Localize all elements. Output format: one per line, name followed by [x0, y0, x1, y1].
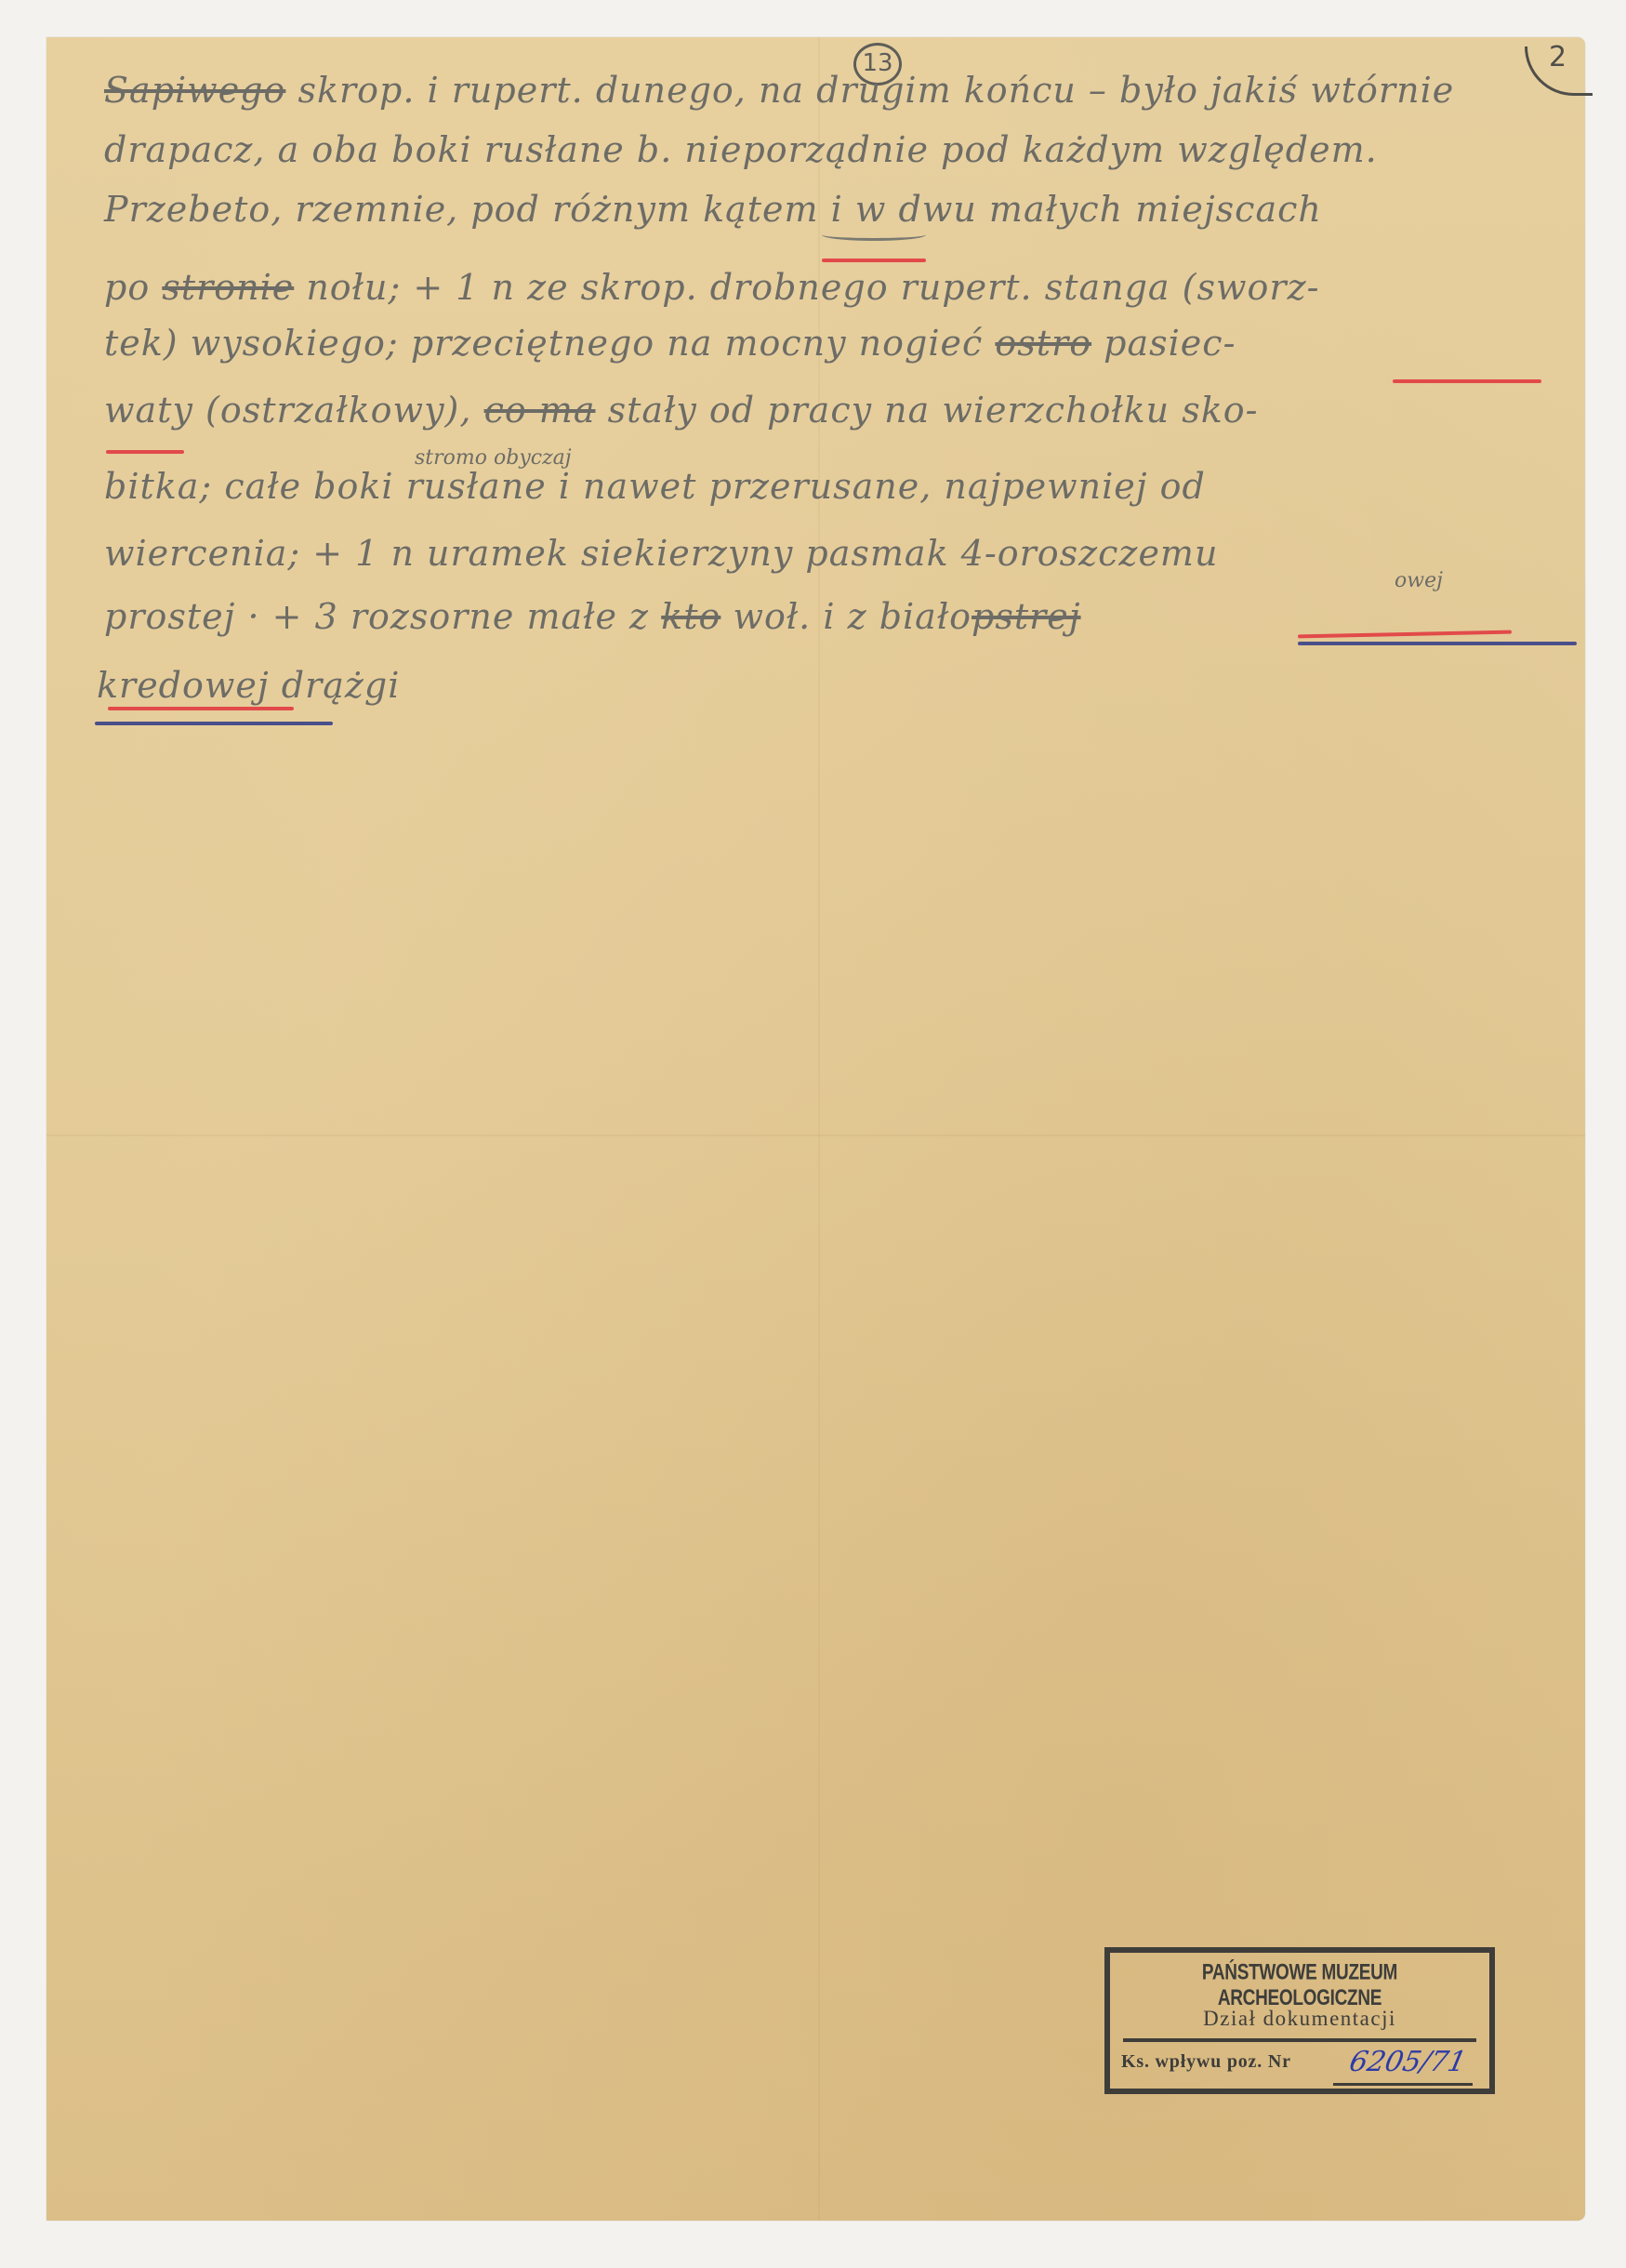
line-text: nołu; + 1 n ze skrop. drobnego rupert. s…	[306, 267, 1319, 308]
underlined-word: kątem	[703, 189, 818, 230]
line-text: pasiec-	[1104, 323, 1236, 364]
red-underline	[106, 450, 184, 454]
line-text: prostej · + 3 rozsorne małe z	[104, 596, 649, 637]
struck-word: kto	[661, 596, 720, 637]
paper-sheet	[46, 37, 1585, 2221]
text-line-10: kredowej drążgi	[97, 668, 400, 703]
line-text: skrop. i rupert. dunego, na drugim końcu…	[297, 70, 1454, 111]
red-underline	[108, 707, 294, 710]
stamp-field-label: Ks. wpływu poz. Nr	[1121, 2051, 1291, 2073]
struck-word: co ma	[484, 390, 596, 431]
horizontal-fold-line	[46, 1134, 1585, 1136]
line-text: stały od pracy na wierzchołku sko-	[608, 390, 1259, 431]
line-text: (ostrzałkowy),	[205, 390, 471, 431]
interlinear-insertion: owej	[1395, 569, 1443, 592]
text-line-9: prostej · + 3 rozsorne małe z kto woł. i…	[104, 599, 1081, 634]
vertical-fold-line	[818, 37, 820, 2221]
struck-word: ostro	[995, 323, 1091, 364]
line-text: wiercenia; + 1 n uramek siekierzyny pasm…	[104, 533, 1218, 574]
line-text: tek) wysokiego; przeciętnego na mocny no…	[104, 323, 983, 364]
text-line-1: Sapiwego skrop. i rupert. dunego, na dru…	[104, 73, 1454, 108]
line-text: Przebeto, rzemnie, pod różnym	[104, 189, 691, 230]
text-line-3: Przebeto, rzemnie, pod różnym kątem i w …	[104, 192, 1322, 227]
text-line-8: wiercenia; + 1 n uramek siekierzyny pasm…	[104, 536, 1218, 571]
line-text: i w dwu małych miejscach	[831, 189, 1322, 230]
red-underline	[1393, 379, 1541, 383]
text-line-5: tek) wysokiego; przeciętnego na mocny no…	[104, 325, 1236, 361]
stamp-department: Dział dokumentacji	[1110, 2007, 1489, 2031]
struck-word: Sapiwego	[104, 70, 285, 111]
blue-underline	[1298, 642, 1577, 645]
text-line-7: bitka; całe boki rusłane i nawet przerus…	[104, 469, 1206, 504]
struck-word: pstrej	[972, 596, 1081, 637]
stamp-divider	[1123, 2038, 1476, 2042]
stamp-field-line	[1333, 2083, 1473, 2086]
underlined-word: biało	[879, 596, 972, 637]
underlined-phrase: kredowej drążgi	[97, 665, 400, 706]
stamp-accession-number: 6205/71	[1346, 2046, 1469, 2078]
wavy-pencil-underline	[822, 229, 926, 241]
archive-stamp: PAŃSTWOWE MUZEUM ARCHEOLOGICZNE Dział do…	[1104, 1947, 1495, 2094]
line-text: po	[104, 267, 150, 308]
underlined-word: waty	[104, 390, 193, 431]
line-text: drapacz, a oba boki rusłane b. nieporząd…	[104, 129, 1378, 170]
text-line-2: drapacz, a oba boki rusłane b. nieporząd…	[104, 132, 1378, 167]
line-text: i nawet przerusane, najpewniej od	[559, 466, 1206, 507]
blue-underline	[95, 722, 333, 725]
corner-sheet-number: 2	[1549, 41, 1567, 73]
struck-word: stronie	[162, 267, 294, 308]
text-line-6: waty (ostrzałkowy), co ma stały od pracy…	[104, 392, 1258, 428]
line-text: woł. i z	[733, 596, 866, 637]
text-line-4: po stronie nołu; + 1 n ze skrop. drobneg…	[104, 270, 1319, 305]
line-text: bitka; całe boki rusłane	[104, 466, 547, 507]
stamp-institution: PAŃSTWOWE MUZEUM ARCHEOLOGICZNE	[1121, 1961, 1478, 2012]
red-underline	[822, 259, 926, 262]
